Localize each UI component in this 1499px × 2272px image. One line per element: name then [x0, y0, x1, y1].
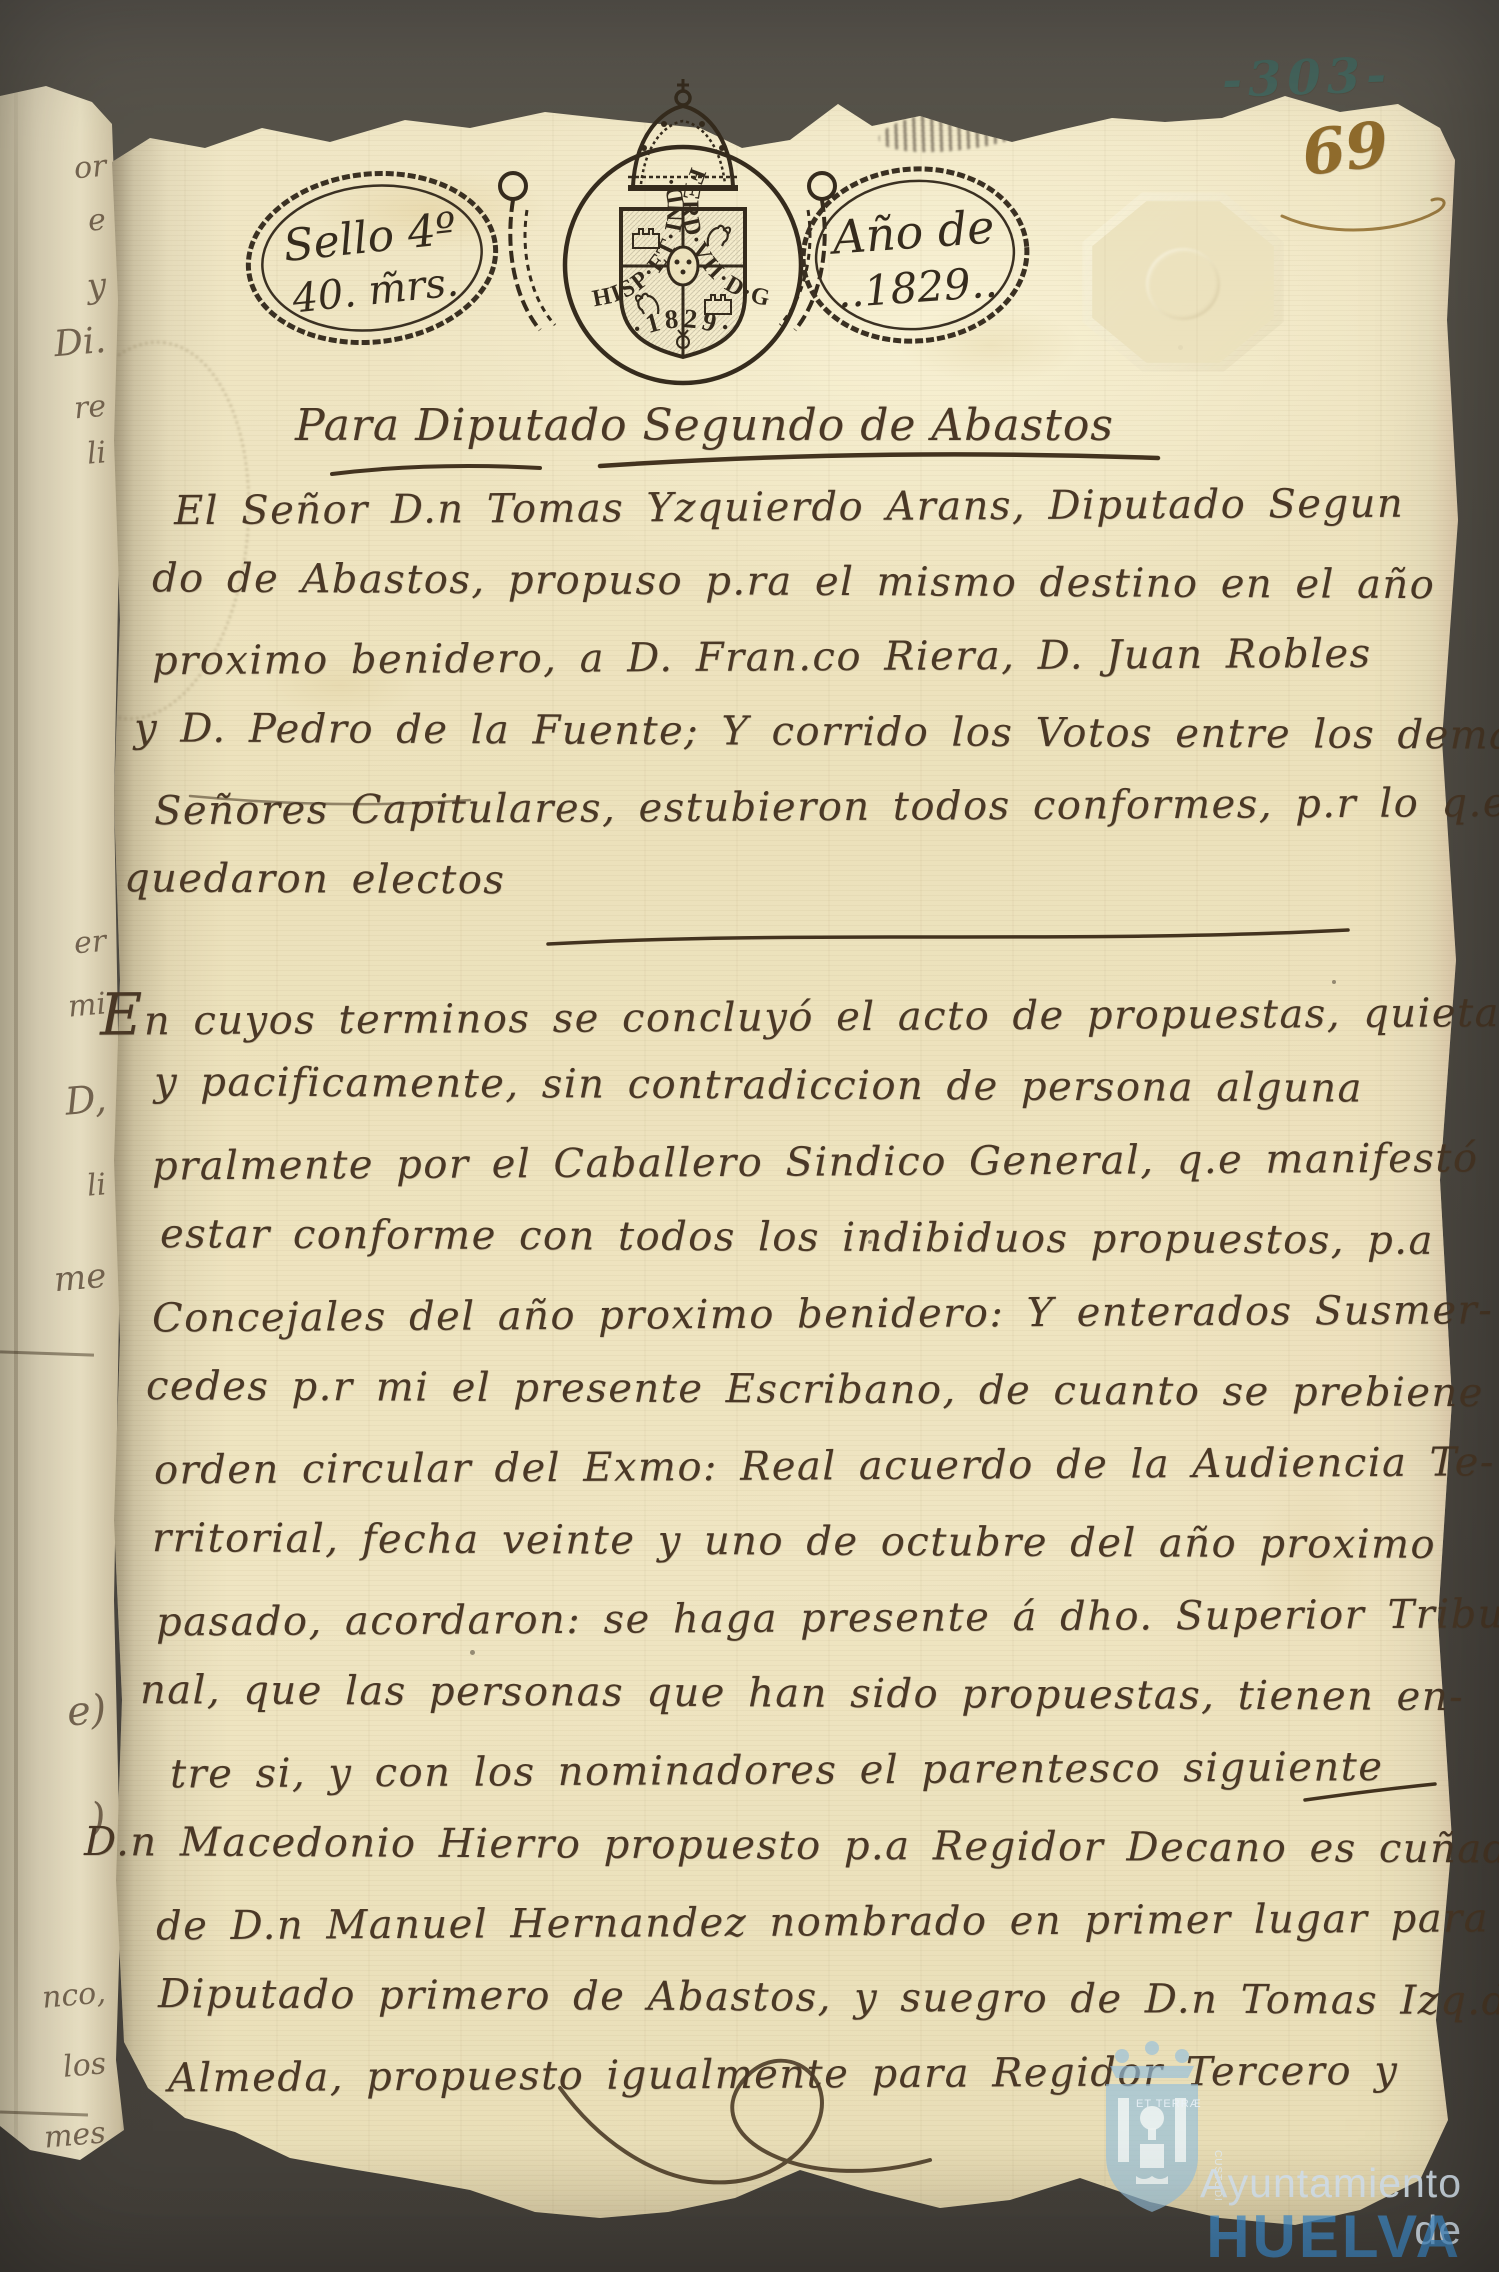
handwritten-line: cedes p.r mi el presente Escribano, de c…	[146, 1348, 1499, 1432]
handwritten-line: nal, que las personas que han sido propu…	[140, 1652, 1499, 1736]
handwritten-line: D.n Macedonio Hierro propuesto p.a Regid…	[84, 1804, 1499, 1888]
margin-ink-fragment: re	[72, 389, 107, 427]
margin-ink-fragment: e)	[65, 1686, 108, 1735]
archival-page-number: -303-	[1221, 47, 1393, 109]
folio-number: 69	[1298, 107, 1393, 190]
paper-stain	[860, 290, 1120, 400]
margin-ink-fragment: er	[72, 924, 107, 962]
handwritten-line: quedaron electos	[124, 841, 1499, 923]
paper-stain	[560, 58, 860, 148]
shield-motto-top: ET TERRÆ	[1136, 2098, 1202, 2110]
handwritten-line: Diputado primero de Abastos, y suegro de…	[158, 1956, 1499, 2040]
margin-ink-fragment: D,	[63, 1076, 108, 1123]
paragraph-election: El Señor D.n Tomas Yzquierdo Arans, Dipu…	[152, 470, 1499, 920]
watermark-city-name: HUELVA	[1150, 2202, 1462, 2271]
handwritten-line: proximo benidero, a D. Fran.co Riera, D.…	[152, 616, 1499, 699]
handwritten-line: Almeda, propuesto igualmente para Regido…	[168, 2032, 1499, 2117]
paragraph-conclusion: En cuyos terminos se concluyó el acto de…	[152, 972, 1499, 2112]
handwritten-line: En cuyos terminos se concluyó el acto de…	[100, 967, 1499, 1052]
margin-ink-fragment: me	[52, 1256, 108, 1300]
handwritten-line: Concejales del año proximo benidero: Y e…	[152, 1272, 1499, 1357]
handwritten-line: pralmente por el Caballero Sindico Gener…	[152, 1120, 1499, 1205]
margin-ink-fragment: li	[85, 435, 107, 472]
handwritten-line: tre si, y con los nominadores el parente…	[170, 1728, 1499, 1813]
margin-ink-fragment: or	[72, 149, 107, 187]
margin-ink-fragment: los	[61, 2046, 107, 2085]
scanned-document-page: or e y Di. re li er mi D, li me e) ) nco…	[0, 0, 1499, 2272]
handwritten-line: pasado, acordaron: se haga presente á dh…	[156, 1576, 1499, 1661]
paper-stain	[260, 150, 600, 270]
embossed-dry-seal-inner	[1092, 201, 1274, 363]
handwritten-line: El Señor D.n Tomas Yzquierdo Arans, Dipu…	[174, 466, 1499, 549]
binding-crease	[14, 0, 18, 2272]
handwritten-line: y D. Pedro de la Fuente; Y corrido los V…	[134, 691, 1499, 773]
margin-ink-fragment: e	[87, 202, 108, 238]
handwritten-line: estar conforme con todos los indibiduos …	[160, 1196, 1499, 1280]
handwritten-line: do de Abastos, propuso p.ra el mismo des…	[152, 541, 1499, 623]
handwritten-line: rritorial, fecha veinte y uno de octubre…	[152, 1500, 1499, 1584]
embossed-dry-seal-core	[1146, 248, 1220, 320]
margin-ink-fragment: li	[85, 1167, 107, 1204]
margin-ink-fragment: Di.	[52, 320, 107, 365]
margin-ink-fragment: nco,	[41, 1975, 108, 2015]
handwritten-line: Señores Capitulares, estubieron todos co…	[154, 766, 1499, 849]
margin-ink-fragment: mes	[43, 2115, 107, 2155]
document-title: Para Diputado Segundo de Abastos	[295, 400, 1114, 451]
handwritten-line: y pacificamente, sin contradiccion de pe…	[154, 1044, 1499, 1128]
ink-smudge	[876, 98, 1045, 160]
margin-ink-fragment: y	[85, 265, 108, 307]
embossed-dry-seal	[1082, 192, 1284, 372]
ink-dot	[1178, 345, 1183, 350]
previous-page-edge: or e y Di. re li er mi D, li me e) ) nco…	[0, 0, 130, 2272]
handwritten-line: de D.n Manuel Hernandez nombrado en prim…	[156, 1880, 1499, 1965]
handwritten-line: orden circular del Exmo: Real acuerdo de…	[154, 1424, 1499, 1509]
